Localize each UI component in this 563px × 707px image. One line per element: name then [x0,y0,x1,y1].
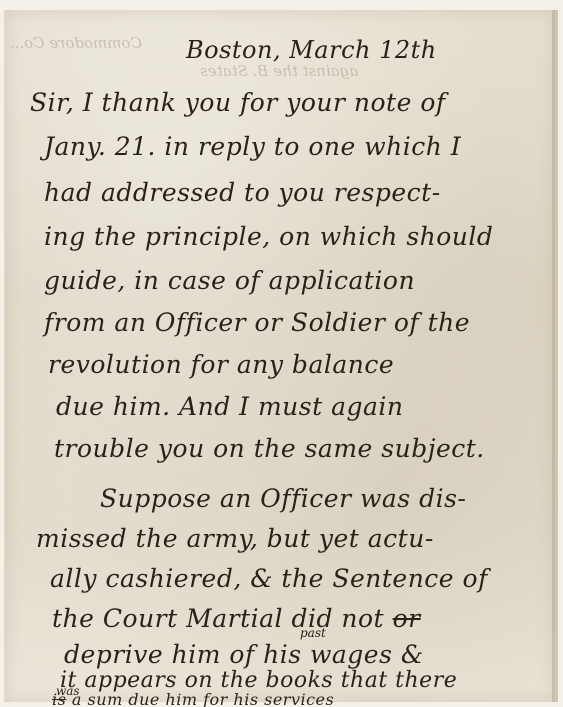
letter-line: is a sum due him for his services [52,690,334,707]
document-page: Commodore Co... against the B. States Bo… [0,0,563,707]
dateline: Boston, March 12th [186,36,437,64]
letter-line: guide, in case of application [44,266,415,295]
letter-line: deprive him of his wages & [64,640,424,669]
paper-edge [552,10,555,702]
struck-word: is [52,690,66,707]
letter-line: Sir, I thank you for your note of [30,88,446,117]
letter-line: had addressed to you respect- [44,178,441,207]
letter-line: Suppose an Officer was dis- [100,484,466,513]
letter-line: trouble you on the same subject. [54,434,485,463]
letter-line: due him. And I must again [56,392,404,421]
insertion-past: past [300,626,326,640]
line-text: the Court Martial did not [52,604,384,633]
letter-line: Jany. 21. in reply to one which I [44,132,461,161]
bleed-through-text: Commodore Co... [10,34,142,52]
letter-line: from an Officer or Soldier of the [44,308,470,337]
letter-line: the Court Martial did not or [52,604,421,633]
letter-line: revolution for any balance [48,350,394,379]
letter-line: missed the army, but yet actu- [36,524,434,553]
struck-word: or [393,604,421,633]
line-text: a sum due him for his services [72,690,334,707]
letter-line: ally cashiered, & the Sentence of [50,564,488,593]
bleed-through-text: against the B. States [200,62,358,80]
letter-line: ing the principle, on which should [44,222,493,251]
